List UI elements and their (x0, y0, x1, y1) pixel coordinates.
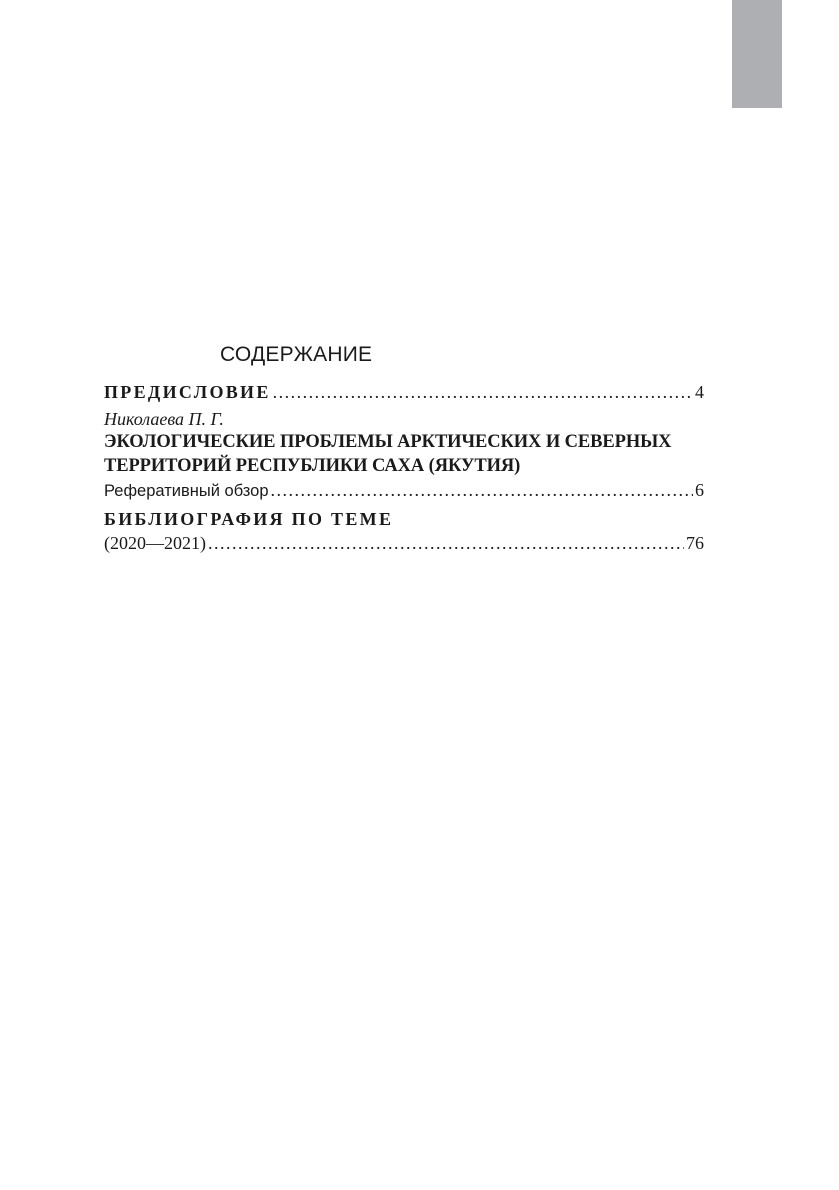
dot-leader (208, 531, 684, 555)
page-edge-tab (732, 0, 782, 108)
toc-row[interactable]: (2020—2021) 76 (104, 531, 704, 555)
toc-entry-review[interactable]: Николаева П. Г. ЭКОЛОГИЧЕСКИЕ ПРОБЛЕМЫ А… (104, 408, 704, 503)
toc-entry-title-line-2: ТЕРРИТОРИЙ РЕСПУБЛИКИ САХА (ЯКУТИЯ) (104, 454, 704, 478)
toc-entry-author: Николаева П. Г. (104, 408, 704, 430)
toc-entry-label: Реферативный обзор (104, 479, 269, 503)
toc-page-number: 4 (695, 380, 704, 404)
toc-row[interactable]: Реферативный обзор 6 (104, 478, 704, 503)
toc-entry-title: БИБЛИОГРАФИЯ ПО ТЕМЕ (104, 507, 393, 531)
toc-entry-title-line-1: ЭКОЛОГИЧЕСКИЕ ПРОБЛЕМЫ АРКТИЧЕСКИХ И СЕВ… (104, 430, 704, 454)
toc-entry-label: ПРЕДИСЛОВИЕ (104, 380, 271, 404)
toc-entry-preface[interactable]: ПРЕДИСЛОВИЕ 4 (104, 380, 704, 404)
toc-page-number: 76 (686, 531, 704, 555)
toc-row[interactable]: ПРЕДИСЛОВИЕ 4 (104, 380, 704, 404)
dot-leader (271, 478, 693, 502)
dot-leader (273, 380, 693, 404)
toc-entry-label: (2020—2021) (104, 531, 206, 555)
toc-title: СОДЕРЖАНИЕ (220, 340, 704, 370)
toc-entry-bibliography[interactable]: БИБЛИОГРАФИЯ ПО ТЕМЕ (2020—2021) 76 (104, 507, 704, 555)
toc-heading-row: БИБЛИОГРАФИЯ ПО ТЕМЕ (104, 507, 704, 531)
toc-page-number: 6 (695, 478, 704, 502)
table-of-contents: СОДЕРЖАНИЕ ПРЕДИСЛОВИЕ 4 Николаева П. Г.… (104, 340, 704, 557)
